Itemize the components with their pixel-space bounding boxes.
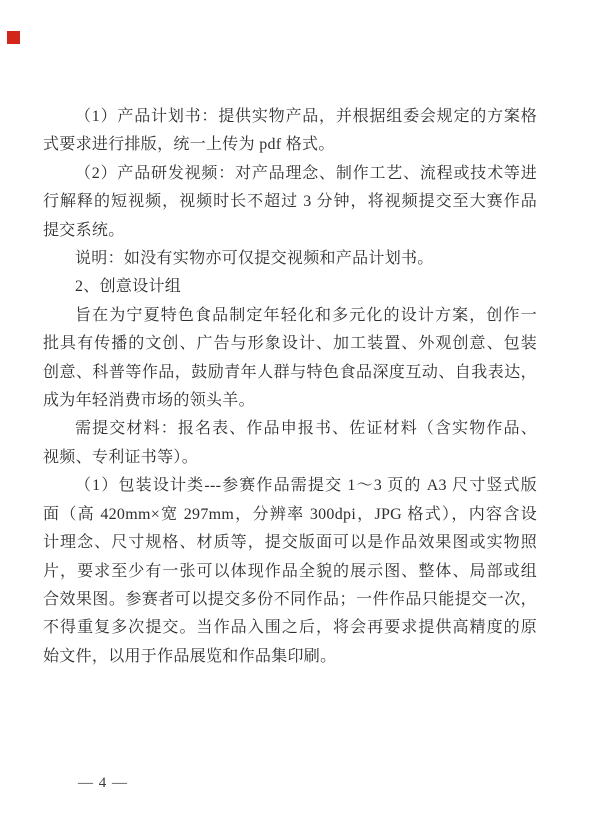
paragraph: 2、创意设计组 — [43, 273, 537, 301]
paragraph: （1）包装设计类---参赛作品需提交 1～3 页的 A3 尺寸竖式版面（高 42… — [43, 472, 537, 671]
document-page: （1）产品计划书：提供实物产品，并根据组委会规定的方案格式要求进行排版，统一上传… — [0, 0, 593, 837]
document-text: （1）产品计划书：提供实物产品，并根据组委会规定的方案格式要求进行排版，统一上传… — [43, 103, 537, 671]
text-line: 面（高 420mm×宽 297mm，分辨率 300dpi，JPG 格式），内容含… — [43, 501, 537, 529]
paragraph: 旨在为宁夏特色食品制定年轻化和多元化的设计方案，创作一批具有传播的文创、广告与形… — [43, 302, 537, 416]
text-line: 片，要求至少有一张可以体现作品全貌的展示图、整体、局部或组 — [43, 558, 537, 586]
text-line: 2、创意设计组 — [43, 273, 537, 301]
paragraph: 需提交材料：报名表、作品申报书、佐证材料（含实物作品、视频、专利证书等）。 — [43, 415, 537, 472]
text-line: 视频、专利证书等）。 — [43, 444, 537, 472]
text-line: 提交系统。 — [43, 217, 537, 245]
text-line: 说明：如没有实物亦可仅提交视频和产品计划书。 — [43, 245, 537, 273]
page-footer: — 4 — — [78, 773, 128, 793]
paragraph: （2）产品研发视频：对产品理念、制作工艺、流程或技术等进行解释的短视频，视频时长… — [43, 160, 537, 245]
text-line: （1）产品计划书：提供实物产品，并根据组委会规定的方案格 — [43, 103, 537, 131]
text-line: 始文件，以用于作品展览和作品集印刷。 — [43, 643, 537, 671]
text-line: 行解释的短视频，视频时长不超过 3 分钟，将视频提交至大赛作品 — [43, 188, 537, 216]
text-line: 不得重复多次提交。当作品入围之后，将会再要求提供高精度的原 — [43, 614, 537, 642]
text-line: 计理念、尺寸规格、材质等，提交版面可以是作品效果图或实物照 — [43, 529, 537, 557]
text-line: （1）包装设计类---参赛作品需提交 1～3 页的 A3 尺寸竖式版 — [43, 472, 537, 500]
paragraph: 说明：如没有实物亦可仅提交视频和产品计划书。 — [43, 245, 537, 273]
text-line: 成为年轻消费市场的领头羊。 — [43, 387, 537, 415]
red-mark — [7, 31, 20, 44]
text-line: 批具有传播的文创、广告与形象设计、加工装置、外观创意、包装 — [43, 330, 537, 358]
text-line: 式要求进行排版，统一上传为 pdf 格式。 — [43, 131, 537, 159]
text-line: 旨在为宁夏特色食品制定年轻化和多元化的设计方案，创作一 — [43, 302, 537, 330]
text-line: 合效果图。参赛者可以提交多份不同作品；一件作品只能提交一次， — [43, 586, 537, 614]
page-number: — 4 — — [78, 775, 128, 791]
paragraph: （1）产品计划书：提供实物产品，并根据组委会规定的方案格式要求进行排版，统一上传… — [43, 103, 537, 160]
text-line: （2）产品研发视频：对产品理念、制作工艺、流程或技术等进 — [43, 160, 537, 188]
text-line: 需提交材料：报名表、作品申报书、佐证材料（含实物作品、 — [43, 415, 537, 443]
text-line: 创意、科普等作品，鼓励青年人群与特色食品深度互动、自我表达， — [43, 359, 537, 387]
